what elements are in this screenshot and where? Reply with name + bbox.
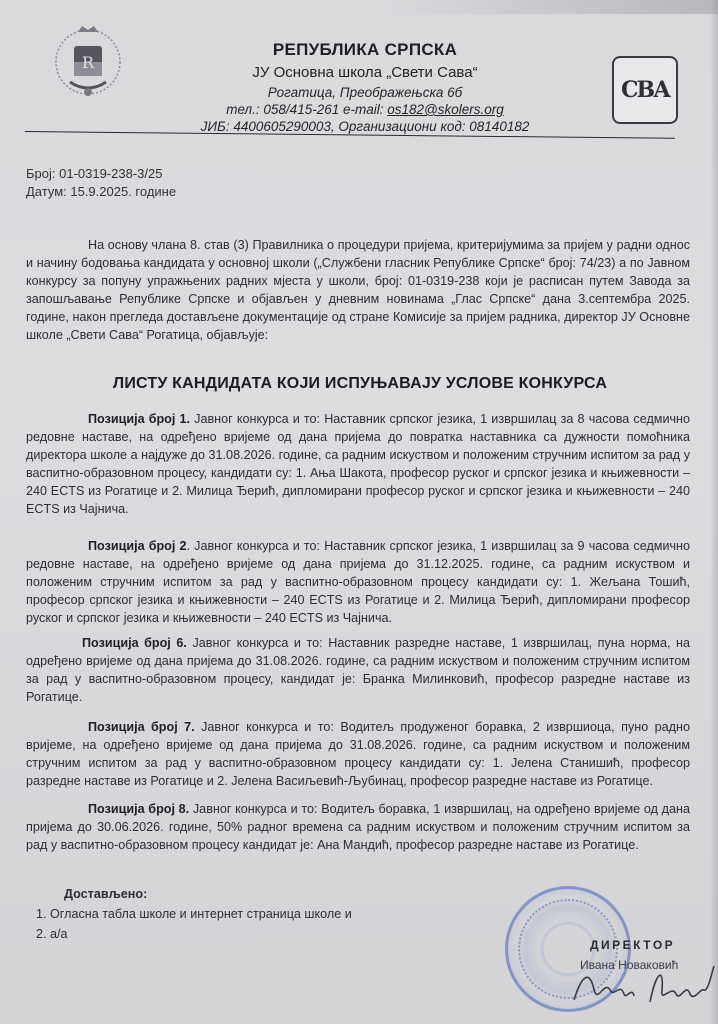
position-7: Позиција број 7. Јавног конкурса и то: В… xyxy=(26,718,690,790)
document-page: R РЕПУБЛИКА СРПСКА ЈУ Основна школа „Све… xyxy=(0,0,718,1024)
page-shadow xyxy=(0,0,718,14)
page-edge-shadow xyxy=(710,0,718,1024)
school-logo: СВА xyxy=(612,56,678,124)
country-name: РЕПУБЛИКА СРПСКА xyxy=(200,40,530,60)
position-label: Позиција број 7. xyxy=(88,720,195,734)
svg-text:R: R xyxy=(82,53,95,72)
position-label: Позиција број 6. xyxy=(82,636,187,650)
document-meta: Број: 01-0319-238-3/25 Датум: 15.9.2025.… xyxy=(26,165,176,201)
phone-label: тел.: 058/415-261 e-mail: xyxy=(226,102,387,117)
school-ids: ЈИБ: 4400605290003, Организациони код: 0… xyxy=(200,119,530,134)
position-8: Позиција број 8. Јавног конкурса и то: В… xyxy=(26,800,690,854)
school-contact: тел.: 058/415-261 e-mail: os182@skolers.… xyxy=(200,102,530,117)
position-label: Позиција број 2 xyxy=(88,539,187,553)
delivery-list: Достављено: 1. Огласна табла школе и инт… xyxy=(36,884,352,944)
position-1: Позиција број 1. Јавног конкурса и то: Н… xyxy=(26,410,690,518)
delivery-item: 1. Огласна табла школе и интернет страни… xyxy=(36,904,352,924)
letterhead: РЕПУБЛИКА СРПСКА ЈУ Основна школа „Свети… xyxy=(200,40,530,134)
school-logo-text: СВА xyxy=(621,77,669,103)
email-link[interactable]: os182@skolers.org xyxy=(387,102,504,117)
intro-text: На основу члана 8. став (3) Правилника о… xyxy=(26,238,690,342)
school-name: ЈУ Основна школа „Свети Сава“ xyxy=(200,64,530,81)
signatory-role: ДИРЕКТОР xyxy=(590,938,675,952)
school-address: Рогатица, Преображењска 6б xyxy=(200,85,530,100)
coat-of-arms-icon: R xyxy=(52,20,124,102)
position-label: Позиција број 8. xyxy=(88,802,189,816)
position-text: Јавног конкурса и то: Наставник српског … xyxy=(26,412,690,516)
delivery-item: 2. а/а xyxy=(36,924,352,944)
position-2: Позиција број 2. Јавног конкурса и то: Н… xyxy=(26,537,690,627)
document-date: Датум: 15.9.2025. године xyxy=(26,183,176,201)
document-title: ЛИСТУ КАНДИДАТА КОЈИ ИСПУЊАВАЈУ УСЛОВЕ К… xyxy=(40,375,680,393)
document-number: Број: 01-0319-238-3/25 xyxy=(26,165,176,183)
delivery-heading: Достављено: xyxy=(36,884,352,904)
intro-paragraph: На основу члана 8. став (3) Правилника о… xyxy=(26,236,690,344)
position-6: Позиција број 6. Јавног конкурса и то: Н… xyxy=(26,634,690,706)
position-label: Позиција број 1. xyxy=(88,412,190,426)
handwritten-signature-icon xyxy=(568,960,718,1010)
